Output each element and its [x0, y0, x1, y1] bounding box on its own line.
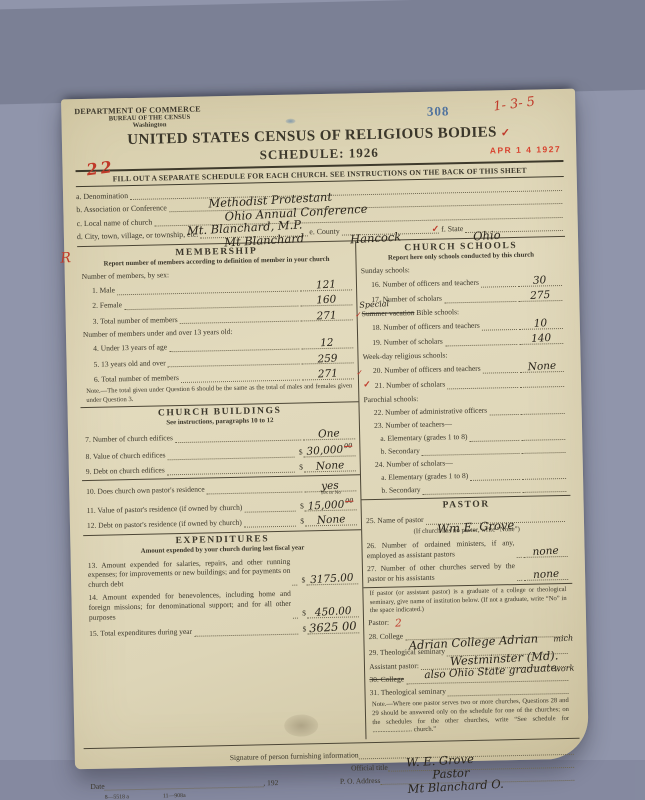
po-address-value: Mt Blanchard O.: [408, 778, 504, 786]
assistant-pastor-value-2: work: [553, 665, 574, 676]
state-value: Ohio: [473, 230, 501, 235]
edifice-debt-cell: None: [304, 460, 356, 473]
graduate-note: If pastor (or assistant pastor) is a gra…: [370, 586, 567, 616]
field-residence-debt: 12. Debt on pastor's residence (if owned…: [87, 514, 357, 531]
college-30-label: 30. College: [369, 674, 404, 684]
weekday-scholars-dots: [447, 385, 518, 389]
assistant-ministers-dots: [517, 554, 522, 557]
identity-section: a. Denomination Methodist Protestant b. …: [76, 182, 565, 242]
teachers-elementary-cell: [521, 438, 565, 440]
pastor-name-dots: Wm E. Grove: [426, 519, 565, 525]
residence-debt-dots: [244, 524, 297, 528]
admin-officers-label: 22. Number of administrative officers: [364, 406, 488, 418]
total-members2-value-cell: 271✓: [302, 367, 354, 380]
special-handwritten: Special: [359, 300, 389, 310]
field-college: 28. College Adrian College Adrianmich: [368, 628, 569, 642]
bible-officers-cell: 10: [519, 317, 563, 330]
assistant-pastor-label: Assistant pastor:: [369, 661, 419, 672]
male-dots: [117, 288, 298, 295]
other-churches-value: none: [533, 568, 560, 580]
residence-value-dots: [244, 509, 296, 513]
scholars-elementary-dots: [470, 476, 520, 480]
own-residence-label: 10. Does church own pastor's residence: [86, 484, 205, 496]
scholars-elementary-label: a. Elementary (grades 1 to 8): [365, 471, 468, 483]
schedule-text: SCHEDULE: 1926: [260, 145, 379, 162]
field-under-13: 4. Under 13 years of age 12: [83, 337, 353, 354]
teachers-secondary-label: b. Secondary: [365, 446, 420, 457]
census-form-paper: 308 1- 3- 5 22 R DEPARTMENT OF COMMERCE …: [61, 89, 589, 770]
dollar-sign: $: [302, 625, 306, 635]
local-name-value: Mt. Blanchard, M.P.: [187, 219, 302, 228]
red-2-mark: 2: [395, 618, 402, 629]
scholars-elementary-cell: [522, 477, 566, 479]
seminary-value: Westminster (Md).: [450, 650, 558, 659]
field-male: 1. Male 121: [82, 278, 352, 295]
field-bible-scholars: 19. Number of scholars 140: [362, 332, 563, 348]
po-address-line: Mt Blanchard O.: [380, 778, 574, 785]
bible-officers-dots: [482, 327, 517, 331]
residence-value-label: 11. Value of pastor's residence (if owne…: [87, 503, 243, 516]
pastor-colon-line: Pastor: 2: [368, 614, 569, 629]
field-seminary-31: 31. Theological seminary: [370, 684, 571, 698]
field-pastor-name: 25. Name of pastor Wm E. Grove: [366, 512, 567, 526]
pastor-name-value: Wm E. Grove: [437, 519, 514, 526]
field-scholars-secondary: b. Secondary: [365, 482, 566, 496]
dollar-sign: $: [299, 463, 303, 473]
weekday-officers-cell: None: [520, 360, 564, 373]
residence-value: 15,00000: [307, 497, 354, 512]
seminary-31-label: 31. Theological seminary: [370, 687, 446, 698]
field-expense-benevolences: 14. Amount expended for benevolences, in…: [88, 588, 359, 623]
residence-value-cell: 15,00000: [305, 497, 357, 511]
under13-label: 4. Under 13 years of age: [83, 343, 167, 355]
weekday-officers-dots: [483, 370, 518, 374]
field-female: 2. Female 160: [82, 294, 352, 311]
sunday-scholars-cell: 275: [518, 289, 562, 302]
field-edifice-debt: 9. Debt on church edifices $ None: [86, 460, 356, 477]
female-value: 160: [316, 295, 337, 307]
over13-value-cell: 259: [302, 352, 354, 365]
received-date-stamp: APR 1 4 1927: [490, 144, 562, 155]
scholars-group: 24. Number of scholars—: [365, 456, 566, 469]
sunday-officers-value: 30: [533, 275, 547, 286]
expense-salaries-value: 3175.00: [310, 573, 354, 586]
field-expense-total: 15. Total expenditures during year $ 362…: [89, 620, 359, 638]
residence-value-amount: 15,000: [307, 498, 344, 512]
assistant-pastor-dots: also Ohio State graduatework: [421, 664, 568, 670]
weekday-scholars-cell: [520, 376, 564, 388]
state-label: f. State: [441, 224, 463, 233]
teachers-group: 23. Number of teachers—: [364, 417, 565, 430]
female-label: 2. Female: [82, 301, 122, 312]
teachers-secondary-dots: [422, 451, 520, 456]
field-expense-salaries: 13. Amount expended for salaries, repair…: [88, 555, 359, 590]
sunday-scholars-value: 275: [530, 290, 551, 302]
total-members2-value: 271: [318, 368, 339, 380]
bible-officers-value: 10: [534, 318, 548, 329]
weekday-scholars-label: 21. Number of scholars: [373, 380, 446, 391]
admin-officers-dots: [489, 412, 519, 416]
edifices-value-cell: One: [303, 428, 355, 441]
bible-schools-group: SpecialSummer vacation Bible schools:: [362, 305, 563, 318]
expense-benevolences-value: 450.00: [314, 606, 351, 619]
parochial-schools-group: Parochial schools:: [363, 390, 564, 403]
handwritten-red-r: R: [60, 251, 71, 266]
under13-dots: [169, 347, 299, 353]
county-line: Hancock✓: [342, 231, 440, 236]
signature-value: W. E. Grove: [406, 753, 474, 760]
pastor-name-label: 25. Name of pastor: [366, 515, 424, 526]
field-total-members-2: 6. Total number of members 271✓: [84, 367, 354, 384]
denomination-label: a. Denomination: [76, 191, 128, 201]
teachers-secondary-cell: [522, 452, 566, 454]
scholars-secondary-dots: [423, 490, 521, 495]
spacer: [90, 762, 230, 765]
dollar-sign: $: [302, 608, 306, 618]
dollar-sign: $: [300, 517, 304, 527]
male-value-cell: 121: [300, 278, 352, 291]
expense-total-cell: 3625 00: [307, 620, 359, 634]
date-label: Date: [90, 781, 104, 790]
weekday-officers-value: None: [527, 361, 556, 373]
residence-debt-value: None: [317, 515, 346, 527]
edifices-dots: [175, 437, 302, 443]
field-own-residence: 10. Does church own pastor's residence y…: [86, 479, 356, 496]
bible-officers-label: 18. Number of officers and teachers: [362, 321, 480, 333]
teachers-elementary-label: a. Elementary (grades 1 to 8): [364, 432, 467, 444]
bible-scholars-value: 140: [531, 333, 552, 345]
edifice-debt-dots: [167, 470, 296, 476]
total-members-value: 271: [316, 310, 337, 322]
assistant-ministers-cell: none: [523, 545, 567, 558]
dollar-sign: $: [299, 447, 303, 457]
field-admin-officers: 22. Number of administrative officers: [364, 403, 565, 418]
red-tick-row6: ✓: [356, 368, 363, 379]
bible-schools-label: Bible schools:: [414, 307, 459, 317]
weekday-schools-group: Week-day religious schools:: [363, 348, 564, 361]
college-value: Adrian College Adrian: [408, 634, 538, 644]
residence-debt-cell: None: [305, 514, 357, 527]
residence-debt-label: 12. Debt on pastor's residence (if owned…: [87, 518, 242, 531]
assistant-ministers-label: 26. Number of ordained ministers, if any…: [367, 538, 515, 561]
over13-label: 5. 13 years old and over: [83, 358, 165, 369]
right-column: CHURCH SCHOOLS Report here only schools …: [355, 237, 575, 739]
other-churches-cell: none: [524, 568, 568, 581]
dollar-sign: $: [300, 502, 304, 512]
edifice-value-cents: 00: [344, 442, 353, 450]
college-value-2: mich: [553, 635, 573, 646]
total-members-value-cell: 271✓: [301, 309, 353, 322]
over13-dots: [168, 362, 300, 368]
footer-section: Signature of person furnishing informati…: [84, 737, 581, 800]
field-edifice-value: 8. Value of church edifices $ 30,00000: [85, 443, 355, 462]
weekday-officers-label: 20. Number of officers and teachers: [363, 364, 481, 376]
sunday-schools-group: Sunday schools:: [361, 262, 562, 275]
over13-value: 259: [317, 353, 338, 365]
other-churches-label: 27. Number of other churches served by t…: [367, 561, 515, 584]
red-checkmark-county: ✓: [432, 224, 440, 235]
edifice-value-amount: 30,000: [306, 444, 343, 458]
signature-line: W. E. Grove: [359, 752, 574, 760]
expense-benevolences-label: 14. Amount expended for benevolences, in…: [88, 589, 291, 622]
field-edifices: 7. Number of church edifices One: [85, 428, 355, 445]
college-dots: Adrian College Adrianmich: [405, 634, 567, 640]
own-residence-dots: [207, 489, 303, 494]
county-label: e. County: [309, 227, 340, 237]
po-address-label: P. O. Address: [340, 776, 381, 786]
dollar-sign: $: [301, 576, 305, 586]
male-label: 1. Male: [82, 285, 115, 295]
expense-total-value: 3625 00: [309, 621, 357, 635]
red-mark-row21: ✓: [363, 379, 371, 391]
field-assistant-ministers: 26. Number of ordained ministers, if any…: [367, 537, 568, 561]
expense-benevolences-dots: [293, 615, 298, 618]
field-sunday-officers: 16. Number of officers and teachers 30: [361, 274, 562, 290]
left-column: MEMBERSHIP Report number of members acco…: [77, 241, 366, 745]
edifice-debt-value: None: [315, 460, 344, 472]
total-members-label: 3. Total number of members: [83, 315, 178, 327]
own-residence-cell: yesYes or No: [304, 479, 356, 492]
spacer: [278, 785, 340, 786]
official-title-value: Pastor: [432, 767, 469, 772]
edifice-value-cell: 30,00000: [303, 443, 355, 457]
scholars-secondary-label: b. Secondary: [365, 485, 420, 496]
sunday-scholars-dots: [444, 299, 516, 304]
denomination-value: Methodist Protestant: [208, 191, 332, 201]
sunday-officers-dots: [481, 284, 516, 288]
field-scholars-elementary: a. Elementary (grades 1 to 8): [365, 469, 566, 483]
female-value-cell: 160: [300, 294, 352, 307]
total-members-dots: [180, 319, 299, 324]
bible-scholars-dots: [445, 342, 517, 347]
bible-scholars-label: 19. Number of scholars: [362, 337, 443, 348]
field-teachers-secondary: b. Secondary: [365, 443, 566, 457]
edifice-value-label: 8. Value of church edifices: [85, 450, 165, 461]
total-members2-dots: [181, 377, 300, 382]
female-dots: [124, 304, 299, 311]
teachers-elementary-dots: [469, 437, 519, 441]
under13-value: 12: [320, 338, 334, 349]
city-label: d. City, town, village, or township, etc…: [77, 230, 198, 242]
male-value: 121: [316, 279, 337, 291]
date-suffix: , 192: [263, 778, 278, 787]
sunday-officers-label: 16. Number of officers and teachers: [361, 278, 479, 290]
field-teachers-elementary: a. Elementary (grades 1 to 8): [364, 430, 565, 444]
assistant-pastor-value: also Ohio State graduate: [424, 663, 557, 673]
field-total-members: 3. Total number of members 271✓: [83, 309, 353, 326]
city-value: Mt Blanchard: [224, 233, 304, 240]
edifice-value-dots: [168, 454, 295, 460]
expense-salaries-label: 13. Amount expended for salaries, repair…: [88, 556, 291, 589]
bible-scholars-cell: 140: [519, 332, 563, 345]
pastor-note: Note.—Where one pastor serves two or mor…: [372, 697, 570, 735]
form-code-2: 11—908a: [163, 793, 186, 799]
edifices-value: One: [318, 429, 340, 441]
form-columns: MEMBERSHIP Report number of members acco…: [77, 236, 575, 745]
sunday-officers-cell: 30: [518, 274, 562, 287]
field-weekday-scholars: ✓ 21. Number of scholars: [363, 375, 564, 391]
yes-or-no-hint: Yes or No: [304, 490, 356, 496]
form-header: DEPARTMENT OF COMMERCE BUREAU OF THE CEN…: [74, 97, 563, 167]
edifices-label: 7. Number of church edifices: [85, 433, 173, 445]
field-residence-value: 11. Value of pastor's residence (if owne…: [86, 497, 356, 516]
field-other-churches: 27. Number of other churches served by t…: [367, 560, 568, 584]
scholars-secondary-cell: [522, 491, 566, 493]
signature-label: Signature of person furnishing informati…: [230, 750, 359, 762]
state-line: Ohio: [465, 228, 563, 233]
expense-salaries-cell: 3175.00: [306, 573, 358, 586]
field-weekday-officers: 20. Number of officers and teachers None: [363, 360, 564, 376]
pastor-colon-label: Pastor:: [368, 618, 389, 628]
edifice-debt-label: 9. Debt on church edifices: [86, 466, 165, 477]
expense-salaries-dots: [293, 583, 298, 586]
field-sunday-scholars: 17. Number of scholars 275: [361, 289, 562, 305]
red-checkmark-title: ✓: [501, 127, 511, 139]
seminary-dots: Westminster (Md).: [447, 651, 568, 657]
expense-total-dots: [194, 632, 299, 637]
seminary-31-dots: [448, 691, 569, 697]
official-title-label: Official title: [351, 762, 388, 772]
residence-value-cents: 00: [345, 496, 354, 504]
total-members2-label: 6. Total number of members: [84, 373, 179, 385]
admin-officers-cell: [521, 403, 565, 415]
under13-value-cell: 12: [301, 337, 353, 350]
local-name-label: c. Local name of church: [77, 217, 153, 228]
field-over-13: 5. 13 years old and over 259: [83, 352, 353, 369]
date-line: [105, 784, 264, 790]
pastor-title: PASTOR: [366, 498, 567, 512]
association-label: b. Association or Conference: [76, 203, 167, 214]
edifice-value: 30,00000: [306, 443, 353, 458]
assistant-ministers-value: none: [532, 545, 559, 557]
form-code-1: 8—5518 a: [105, 794, 129, 800]
expense-benevolences-cell: 450.00: [307, 605, 359, 618]
department-line: DEPARTMENT OF COMMERCE: [74, 97, 562, 116]
field-bible-officers: 18. Number of officers and teachers 10: [362, 317, 563, 333]
college-label: 28. College: [368, 631, 403, 641]
other-churches-dots: [517, 577, 522, 580]
county-value: Hancock: [350, 232, 401, 238]
expense-total-label: 15. Total expenditures during year: [89, 627, 192, 639]
